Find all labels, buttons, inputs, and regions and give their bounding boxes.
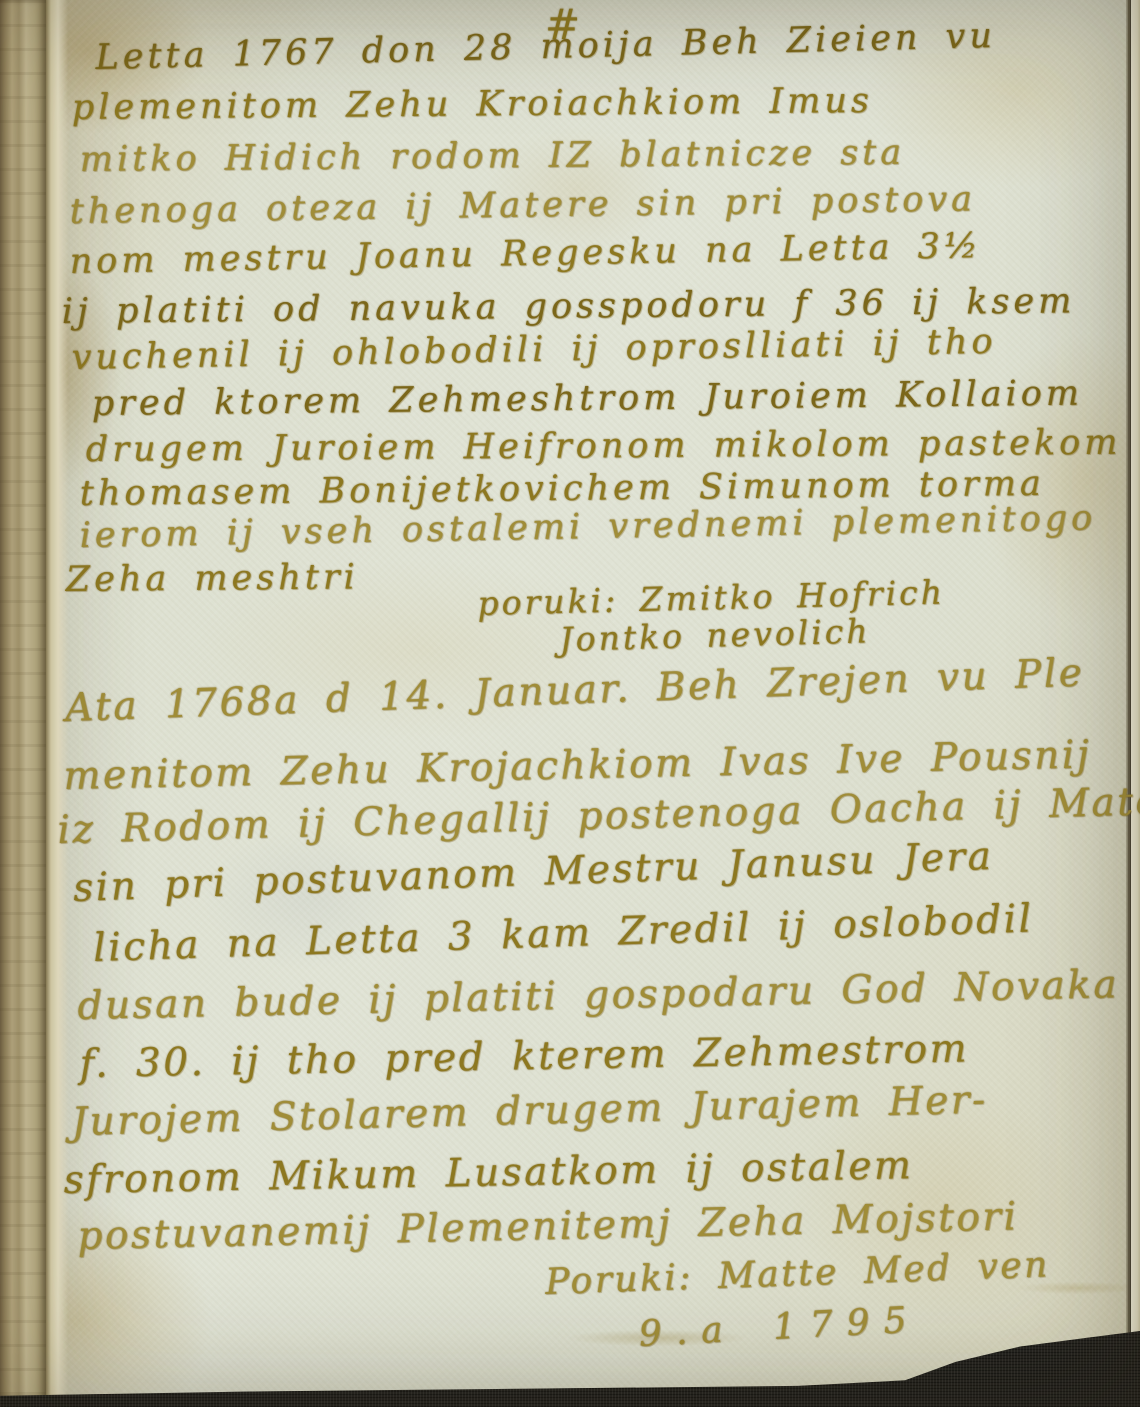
entry-1768-line-6: dusan bude ij platiti gospodaru God Nova… bbox=[77, 962, 1119, 1029]
manuscript-photo: # Letta 1767 don 28 moija Beh Zieien vu … bbox=[0, 0, 1140, 1407]
entry-1767-line-2: plemenitom Zehu Kroiachkiom Imus bbox=[72, 81, 873, 128]
handwriting-layer: # Letta 1767 don 28 moija Beh Zieien vu … bbox=[0, 0, 1140, 1407]
entry-1768-line-7: f. 30. ij tho pred kterem Zehmestrom bbox=[79, 1026, 969, 1087]
entry-1767-line-9: drugem Juroiem Heifronom mikolom pasteko… bbox=[86, 423, 1122, 470]
entry-1767-witness-2: Jontko nevolich bbox=[559, 611, 871, 659]
entry-1768-line-1: Ata 1768a d 14. Januar. Beh Zrejen vu Pl… bbox=[64, 650, 1085, 731]
entry-1767-line-5: nom mestru Joanu Regesku na Letta 3½ bbox=[69, 226, 982, 282]
entry-1768-line-8: Jurojem Stolarem drugem Jurajem Her- bbox=[71, 1078, 988, 1145]
entry-1768-line-10: postuvanemij Plemenitemj Zeha Mojstori bbox=[77, 1194, 1019, 1259]
entry-1767-line-3: mitko Hidich rodom IZ blatnicze sta bbox=[80, 133, 906, 180]
entry-1767-line-8: pred ktorem Zehmeshtrom Juroiem Kollaiom bbox=[92, 374, 1084, 424]
entry-1767-line-12: Zeha meshtri bbox=[66, 557, 359, 600]
entry-1768-line-9: sfronom Mikum Lusatkom ij ostalem bbox=[63, 1143, 914, 1203]
entry-1768-witness: Poruki: Matte Med ven bbox=[545, 1244, 1051, 1303]
entry-1768-date-flourish: 9.a 1795 bbox=[638, 1299, 922, 1355]
entry-1767-line-4: thenoga oteza ij Matere sin pri postova bbox=[69, 179, 976, 232]
entry-1768-line-5: licha na Letta 3 kam Zredil ij oslobodil bbox=[93, 896, 1035, 971]
